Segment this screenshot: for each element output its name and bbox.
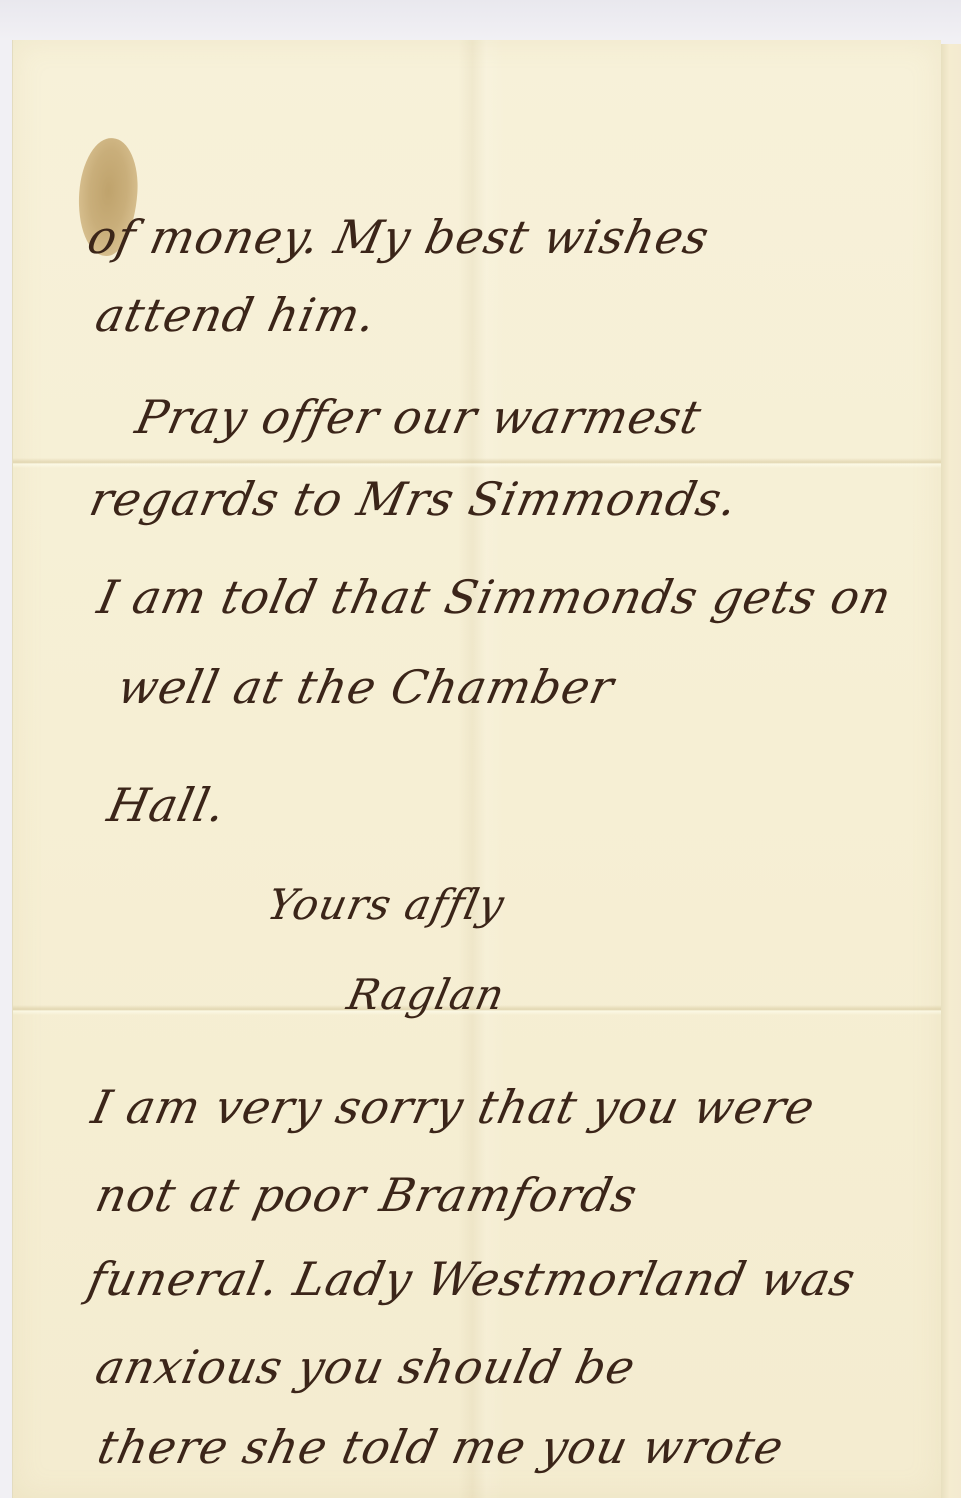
letter-page: of money. My best wishes attend him. Pra… <box>12 40 941 1498</box>
letter-line: anxious you should be <box>91 1340 641 1394</box>
letter-line: of money. My best wishes <box>83 210 714 264</box>
signature: Raglan <box>343 970 509 1019</box>
letter-line: funeral. Lady Westmorland was <box>83 1252 861 1306</box>
letter-line: not at poor Bramfords <box>91 1168 642 1222</box>
letter-line: regards to Mrs Simmonds. <box>85 472 743 526</box>
fold-crease <box>13 458 941 468</box>
letter-line: Pray offer our warmest <box>131 390 707 444</box>
adjacent-leaf-edge <box>940 44 961 1498</box>
letter-line: well at the Chamber <box>113 660 619 714</box>
letter-line: Hall. <box>103 778 231 832</box>
letter-line: I am very sorry that you were <box>87 1080 820 1134</box>
letter-line: attend him. <box>91 288 381 342</box>
closing-line: Yours affly <box>263 880 509 929</box>
letter-line: I am told that Simmonds gets on <box>93 570 897 624</box>
letter-line: there she told me you wrote <box>93 1420 789 1474</box>
